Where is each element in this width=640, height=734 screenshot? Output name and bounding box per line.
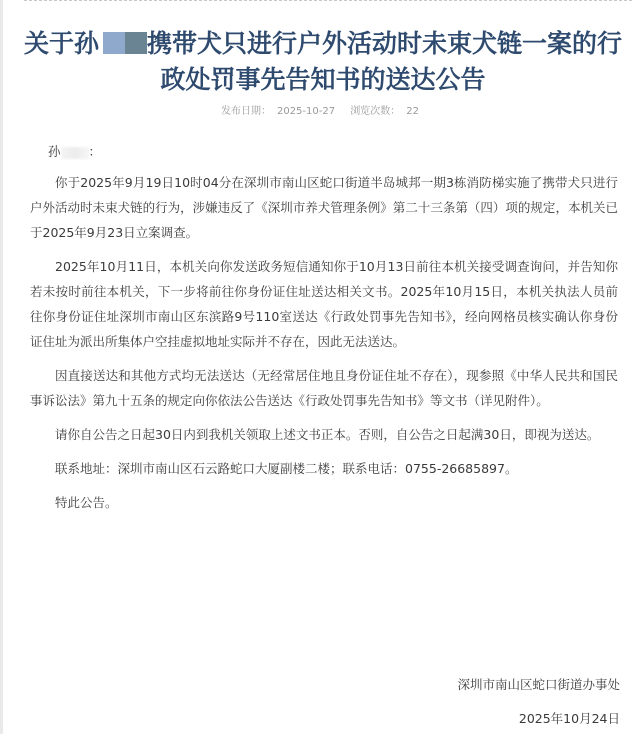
blurred-name-redaction bbox=[61, 147, 89, 159]
greeting: 孙： bbox=[48, 142, 618, 162]
publish-meta: 发布日期：2025-10-27 浏览次数：22 bbox=[0, 104, 640, 120]
paragraph-contact: 联系地址：深圳市南山区石云路蛇口大厦副楼二楼；联系电话：0755-2668589… bbox=[30, 456, 618, 481]
greeting-colon: ： bbox=[89, 144, 102, 159]
issuer-name: 深圳市南山区蛇口街道办事处 bbox=[457, 676, 620, 694]
publish-date: 2025-10-27 bbox=[277, 106, 335, 117]
view-count-label: 浏览次数： bbox=[350, 106, 400, 117]
paragraph-deadline: 请你自公告之日起30日内到我机关领取上述文书正本。否则，自公告之日起满30日，即… bbox=[30, 422, 618, 447]
view-count: 22 bbox=[406, 106, 419, 117]
redaction-block-dark bbox=[125, 32, 147, 54]
title-suffix: 携带犬只进行户外活动时未束犬链一案的行政处罚事先告知书的送达公告 bbox=[147, 29, 622, 94]
paragraph-closing: 特此公告。 bbox=[30, 490, 618, 515]
view-count-group: 浏览次数：22 bbox=[347, 106, 422, 117]
signature-block: 深圳市南山区蛇口街道办事处 2025年10月24日 bbox=[457, 676, 620, 728]
greeting-name: 孙 bbox=[48, 144, 61, 159]
paragraph-service-attempt: 2025年10月11日，本机关向你发送政务短信通知你于10月13日前往本机关接受… bbox=[30, 254, 618, 354]
notice-page: 关于孙携带犬只进行户外活动时未束犬链一案的行政处罚事先告知书的送达公告 发布日期… bbox=[0, 0, 640, 734]
paragraph-incident: 你于2025年9月19日10时04分在深圳市南山区蛇口街道半岛城邦一期3栋消防梯… bbox=[30, 170, 618, 245]
publish-date-label: 发布日期： bbox=[221, 106, 271, 117]
publish-date-group: 发布日期：2025-10-27 bbox=[218, 106, 338, 117]
notice-body: 孙： 你于2025年9月19日10时04分在深圳市南山区蛇口街道半岛城邦一期3栋… bbox=[30, 142, 618, 524]
notice-title: 关于孙携带犬只进行户外活动时未束犬链一案的行政处罚事先告知书的送达公告 bbox=[20, 26, 626, 98]
redaction-block-light bbox=[103, 32, 125, 54]
issue-date: 2025年10月24日 bbox=[457, 710, 620, 728]
top-dashed-divider bbox=[24, 0, 632, 1]
title-prefix: 关于孙 bbox=[24, 29, 99, 58]
paragraph-public-service: 因直接送达和其他方式均无法送达（无经常居住地且身份证住址不存在），现参照《中华人… bbox=[30, 363, 618, 413]
